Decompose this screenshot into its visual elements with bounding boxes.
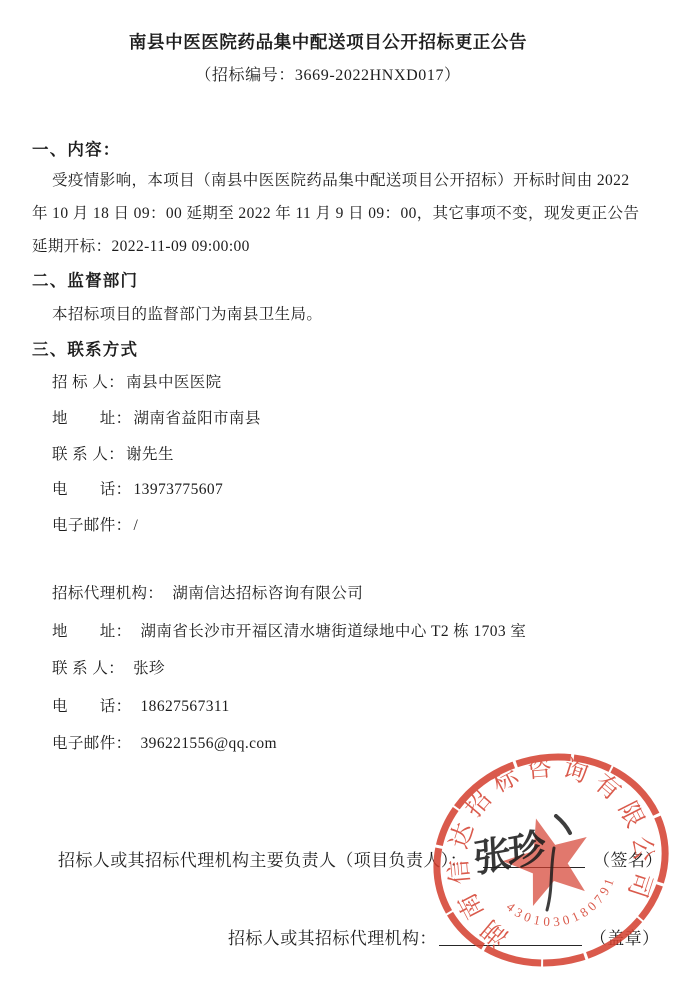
signature-line-row: 招标人或其招标代理机构主要负责人（项目负责人）：（签名） bbox=[58, 846, 663, 871]
signature-suffix: （签名） bbox=[593, 851, 663, 870]
supervision-text: 本招标项目的监督部门为南县卫生局。 bbox=[52, 302, 322, 324]
signature-blank bbox=[483, 850, 585, 868]
tenderer-phone-label: 电 话： bbox=[52, 481, 132, 498]
tenderer-email-label: 电子邮件： bbox=[52, 517, 132, 534]
agency-address-value: 湖南省长沙市开福区清水塘街道绿地中心 T2 栋 1703 室 bbox=[141, 623, 527, 640]
agency-contact-value: 张珍 bbox=[133, 660, 165, 677]
stamp-suffix: （盖章） bbox=[590, 929, 660, 948]
agency-email-label: 电子邮件： bbox=[52, 735, 132, 752]
content-line-3: 延期开标：2022-11-09 09:00:00 bbox=[32, 234, 250, 256]
tender-number: （招标编号：3669-2022HNXD017） bbox=[0, 62, 656, 85]
agency-contact-label: 联 系 人： bbox=[52, 660, 124, 677]
tenderer-name-label: 招 标 人： bbox=[52, 374, 124, 391]
tenderer-email-value: / bbox=[134, 517, 139, 534]
tenderer-name-value: 南县中医医院 bbox=[126, 374, 221, 391]
section-supervision-heading: 二、监督部门 bbox=[32, 267, 138, 291]
agency-phone-label: 电 话： bbox=[52, 698, 132, 715]
agency-org-row: 招标代理机构：湖南信达招标咨询有限公司 bbox=[52, 581, 363, 603]
agency-email-value: 396221556@qq.com bbox=[141, 735, 278, 752]
agency-email-row: 电子邮件：396221556@qq.com bbox=[52, 731, 277, 753]
content-line-1: 受疫情影响，本项目（南县中医医院药品集中配送项目公开招标）开标时间由 2022 bbox=[52, 168, 629, 190]
stamp-line-label: 招标人或其招标代理机构： bbox=[228, 929, 437, 948]
stamp-blank bbox=[439, 928, 582, 946]
agency-contact-row: 联 系 人：张珍 bbox=[52, 656, 165, 678]
agency-phone-value: 18627567311 bbox=[141, 698, 230, 715]
tenderer-contact-value: 谢先生 bbox=[126, 446, 174, 463]
section-contact-heading: 三、联系方式 bbox=[32, 336, 138, 360]
document-title: 南县中医医院药品集中配送项目公开招标更正公告 bbox=[0, 29, 656, 54]
tenderer-address-row: 地 址：湖南省益阳市南县 bbox=[52, 406, 261, 428]
agency-org-value: 湖南信达招标咨询有限公司 bbox=[172, 585, 363, 602]
tenderer-contact-row: 联 系 人：谢先生 bbox=[52, 442, 174, 464]
tenderer-email-row: 电子邮件：/ bbox=[52, 513, 138, 535]
tenderer-contact-label: 联 系 人： bbox=[52, 446, 124, 463]
signature-accent-stroke bbox=[556, 816, 570, 833]
tenderer-phone-value: 13973775607 bbox=[134, 481, 224, 498]
content-line-2: 年 10 月 18 日 09：00 延期至 2022 年 11 月 9 日 09… bbox=[32, 201, 639, 223]
signature-line-label: 招标人或其招标代理机构主要负责人（项目负责人）： bbox=[58, 851, 467, 870]
tenderer-address-label: 地 址： bbox=[52, 410, 132, 427]
agency-phone-row: 电 话：18627567311 bbox=[52, 694, 230, 716]
stamp-line-row: 招标人或其招标代理机构：（盖章） bbox=[228, 924, 659, 949]
tenderer-name-row: 招 标 人：南县中医医院 bbox=[52, 370, 222, 392]
agency-address-row: 地 址：湖南省长沙市开福区清水塘街道绿地中心 T2 栋 1703 室 bbox=[52, 619, 526, 641]
tenderer-address-value: 湖南省益阳市南县 bbox=[134, 410, 261, 427]
section-content-heading: 一、内容： bbox=[32, 136, 121, 160]
tenderer-phone-row: 电 话：13973775607 bbox=[52, 477, 223, 499]
agency-org-label: 招标代理机构： bbox=[52, 585, 163, 602]
agency-address-label: 地 址： bbox=[52, 623, 132, 640]
page: 南县中医医院药品集中配送项目公开招标更正公告 （招标编号：3669-2022HN… bbox=[0, 0, 678, 1005]
